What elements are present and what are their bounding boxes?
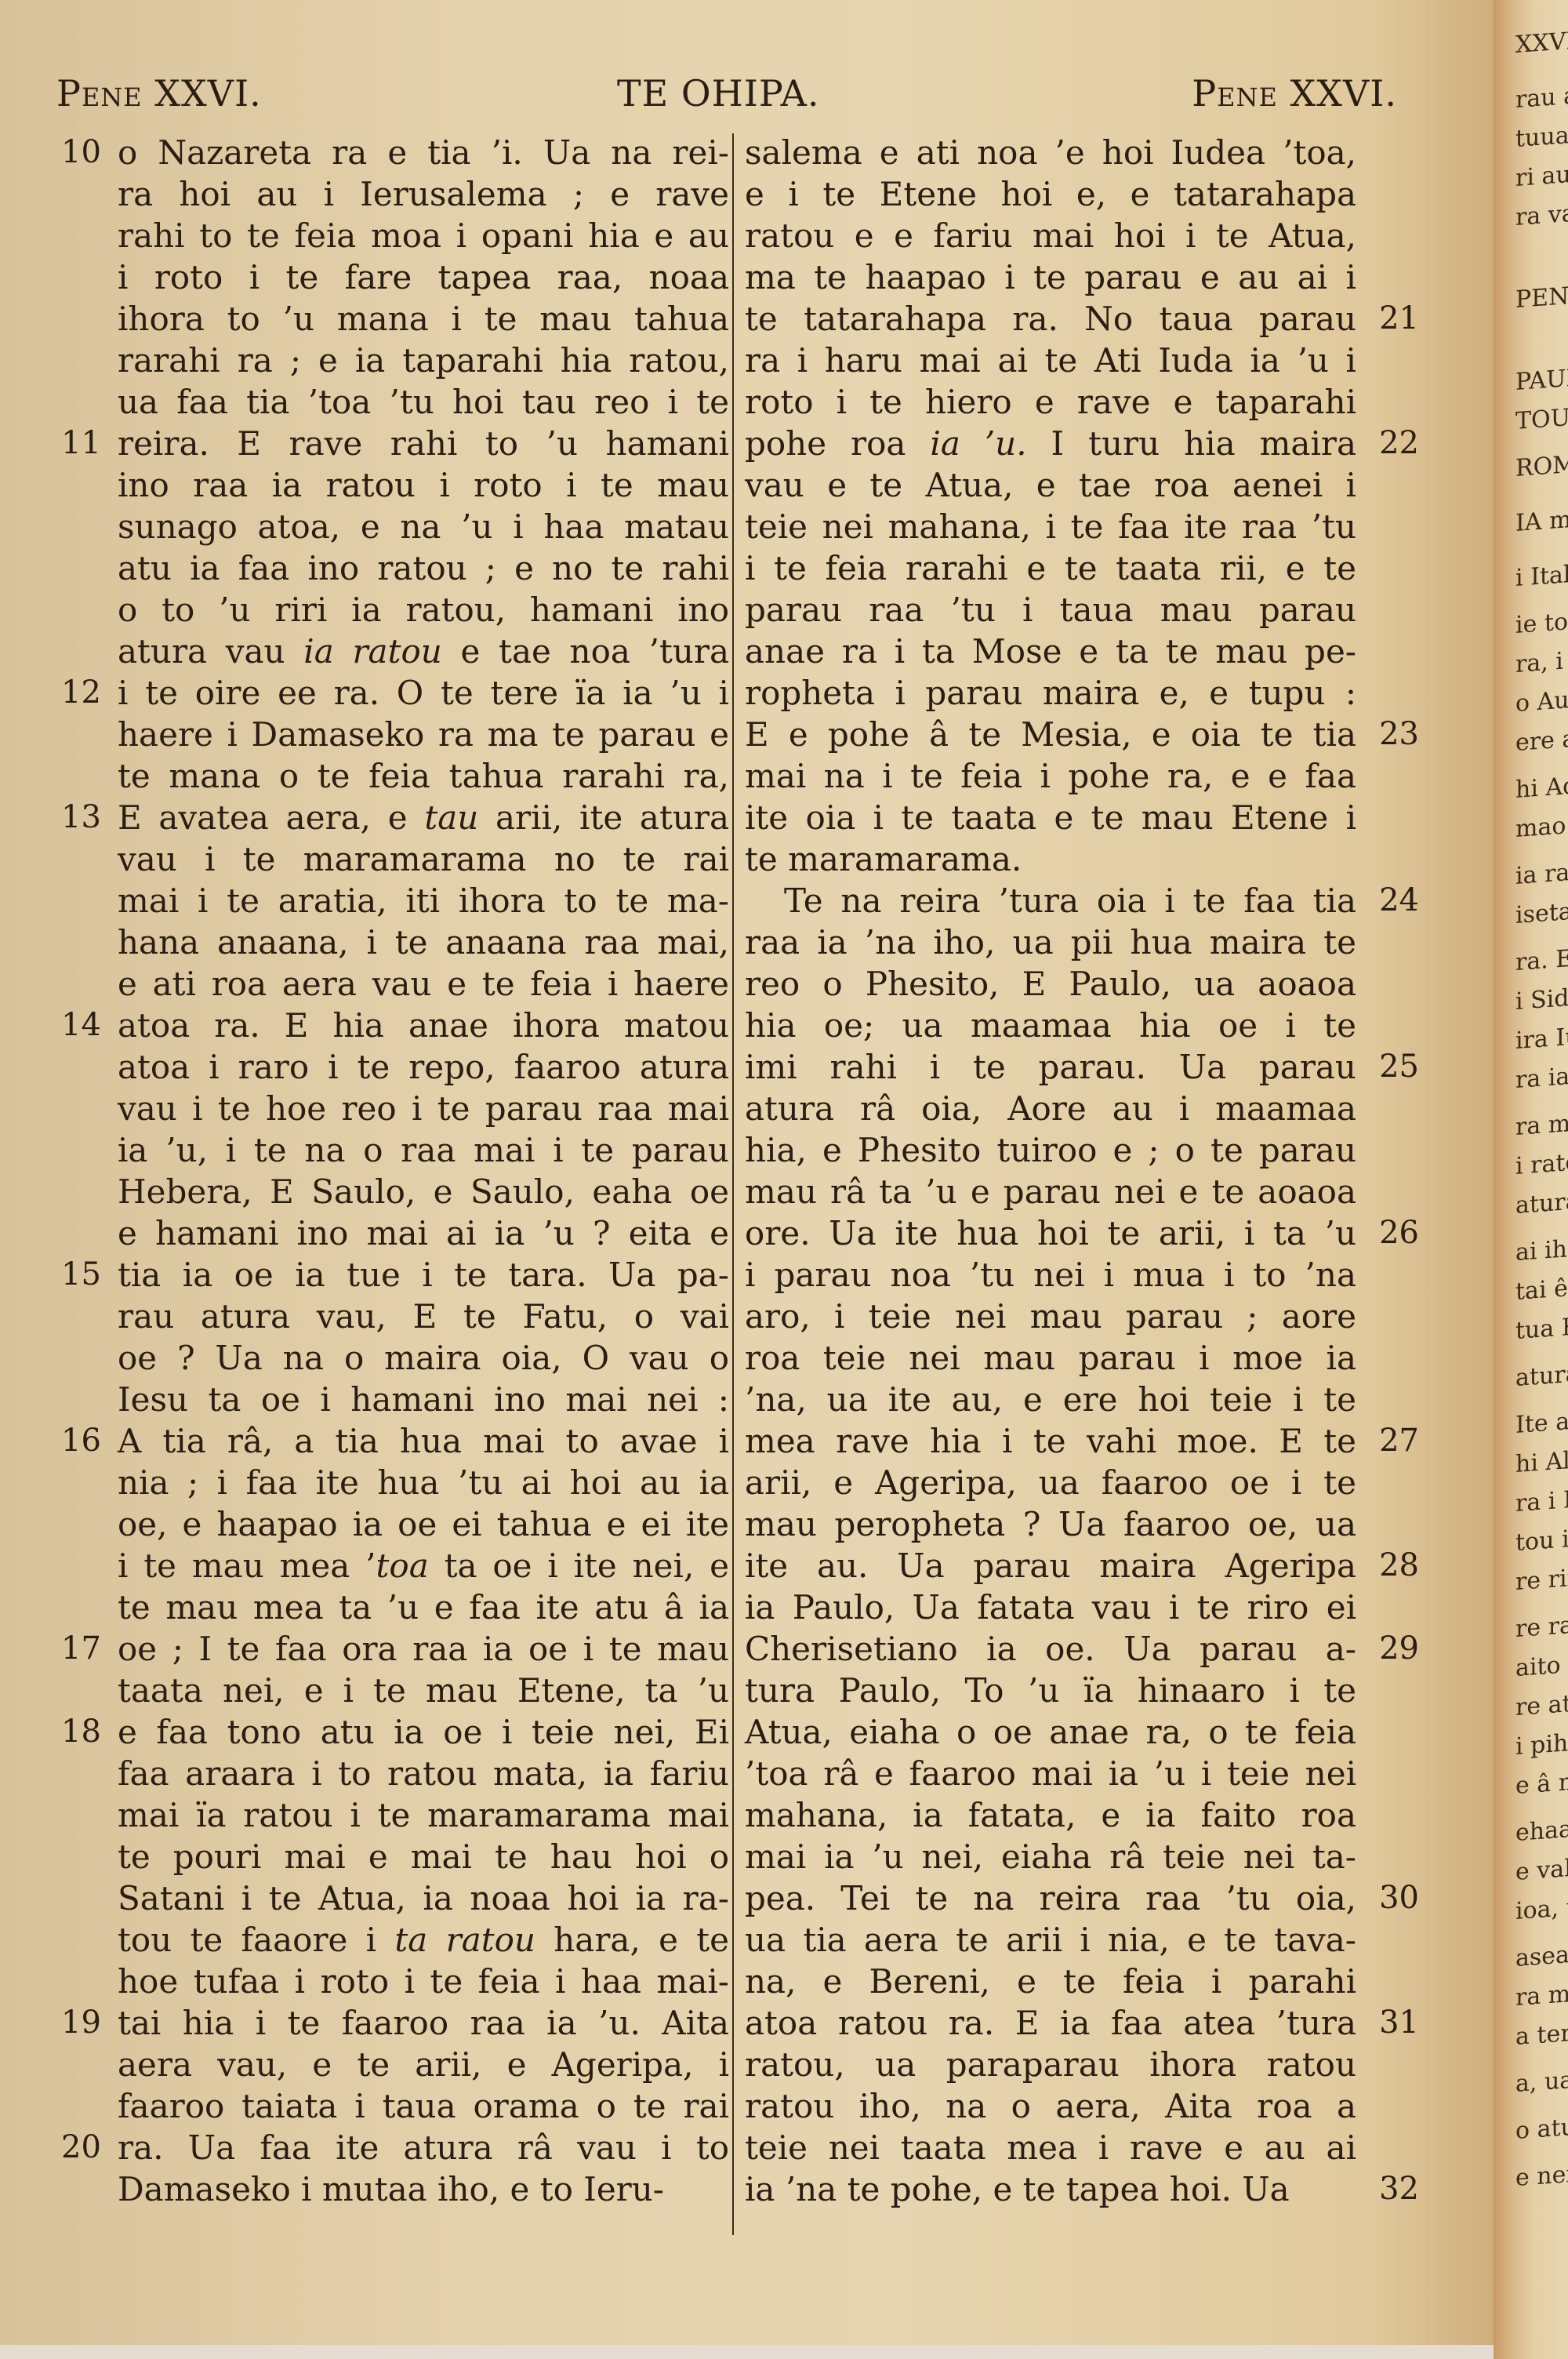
line-text: nia ; i faa ite hua ’tu ai hoi au ia xyxy=(118,1463,729,1502)
text-line: na, e Bereni, e te feia i parahi xyxy=(745,1961,1356,2002)
line-text-pre: E avatea aera, e xyxy=(118,798,424,837)
facing-page-text: hi Alesaned xyxy=(1515,1441,1568,1478)
line-text: ra. Ua faa ite atura râ vau i to xyxy=(118,2128,729,2167)
text-line: ia Paulo, Ua fatata vau i te riro ei xyxy=(745,1587,1356,1628)
text-line: nia ; i faa ite hua ’tu ai hoi au ia xyxy=(118,1462,729,1503)
line-text: rarahi ra ; e ia taparahi hia ratou, xyxy=(118,341,729,380)
line-text: vau i te maramarama no te rai xyxy=(118,840,729,878)
text-line: ra hoi au i Ierusalema ; e rave xyxy=(118,173,729,215)
facing-page-text: ai iho i K xyxy=(1515,1232,1568,1267)
facing-page-text: ri auaa oia xyxy=(1515,156,1568,192)
verse-number: 22 xyxy=(1379,423,1419,464)
facing-page-text: ehaa ra, ta xyxy=(1515,1811,1568,1847)
line-text: rahi to te feia moa i opani hia e au xyxy=(118,216,729,255)
text-line: mahana, ia fatata, e ia faito roa xyxy=(745,1794,1356,1836)
line-text: A tia râ, a tia hua mai to avae i xyxy=(118,1422,729,1460)
text-line: reo o Phesito, E Paulo, ua aoaoa xyxy=(745,963,1356,1005)
verse-number: 11 xyxy=(61,423,101,464)
text-line: mai ia ’u nei, eiaha râ teie nei ta- xyxy=(745,1836,1356,1877)
line-text-pre: atura vau xyxy=(118,632,303,671)
verse-number: 26 xyxy=(1379,1212,1419,1254)
facing-page-text: re atura ma xyxy=(1515,1684,1568,1721)
line-text: te mau mea ta ’u e faa ite atu â ia xyxy=(118,1588,729,1627)
text-line: rarahi ra ; e ia taparahi hia ratou, xyxy=(118,340,729,381)
facing-page-text: ira Iulio ia xyxy=(1515,1019,1568,1055)
line-text: mai ia ’u nei, eiaha râ teie nei ta- xyxy=(745,1837,1356,1876)
text-line: 32ia ’na te pohe, e te tapea hoi. Ua xyxy=(745,2168,1356,2210)
text-line: 29Cherisetiano ia oe. Ua parau a- xyxy=(745,1628,1356,1670)
line-text: oe ? Ua na o maira oia, O vau o xyxy=(118,1339,729,1377)
text-line: atoa i raro i te repo, faaroo atura xyxy=(118,1046,729,1088)
text-line: 12i te oire ee ra. O te tere ïa ia ’u i xyxy=(118,672,729,714)
line-text: imi rahi i te parau. Ua parau xyxy=(745,1048,1356,1086)
line-text: salema e ati noa ’e hoi Iudea ’toa, xyxy=(745,133,1356,172)
right-column: salema e ati noa ’e hoi Iudea ’toa,e i t… xyxy=(745,132,1356,2210)
facing-page-text: ioa, tei pi xyxy=(1515,1890,1568,1925)
facing-page-text: ra vau. xyxy=(1515,198,1568,231)
text-line: taata nei, e i te mau Etene, ta ’u xyxy=(118,1670,729,1711)
line-text: ratou iho, na o aera, Aita roa a xyxy=(745,2087,1356,2125)
line-text: ’na, ua ite au, e ere hoi teie i te xyxy=(745,1380,1356,1419)
text-line: atu ia faa ino ratou ; e no te rahi xyxy=(118,547,729,589)
verse-number: 12 xyxy=(61,672,101,714)
text-line: te maramarama. xyxy=(745,838,1356,880)
line-text: ino raa ia ratou i roto i te mau xyxy=(118,466,729,504)
facing-page-text: IA maite xyxy=(1515,503,1568,537)
verse-number: 30 xyxy=(1379,1877,1419,1919)
line-text: atura vau ia ratou e tae noa ’tura xyxy=(118,632,729,671)
line-text-pre: i te mau mea ’ xyxy=(118,1547,376,1585)
text-line: ra i haru mai ai te Ati Iuda ia ’u i xyxy=(745,340,1356,381)
line-text: hoe tufaa i roto i te feia i haa mai- xyxy=(118,1962,729,2001)
line-text: oe, e haapao ia oe ei tahua e ei ite xyxy=(118,1505,729,1543)
line-text: ua faa tia ’toa ’tu hoi tau reo i te xyxy=(118,383,729,421)
header-chapter-left: Pene XXVI. xyxy=(56,72,262,114)
facing-page-text: tai ê. Ua xyxy=(1515,1271,1568,1306)
facing-page-text: ra matou, xyxy=(1515,1976,1568,2012)
line-text: ia ’u, i te na o raa mai i te parau xyxy=(118,1131,729,1169)
line-text: mau râ ta ’u e parau nei e te aoaoa xyxy=(745,1172,1356,1211)
line-text-pre: tou te faaore i xyxy=(118,1921,394,1959)
text-line: te mana o te feia tahua rarahi ra, xyxy=(118,755,729,797)
facing-page-text: tua Kiliki xyxy=(1515,1310,1568,1345)
facing-page-edge: XXVI. Arau aturatuua noari auaa oiara va… xyxy=(1494,0,1568,2359)
line-text: anae ra i ta Mose e ta te mau pe- xyxy=(745,632,1356,671)
facing-page-text: isetareho i xyxy=(1515,893,1568,929)
line-text: ’toa râ e faaroo mai ia ’u i teie nei xyxy=(745,1754,1356,1793)
line-text: haere i Damaseko ra ma te parau e xyxy=(118,715,729,754)
text-line: ’na, ua ite au, e ere hoi teie i te xyxy=(745,1379,1356,1420)
facing-page-text: ia ra te faa xyxy=(1515,853,1568,890)
text-line: haere i Damaseko ra ma te parau e xyxy=(118,714,729,755)
text-line: ite oia i te taata e te mau Etene i xyxy=(745,797,1356,838)
line-text: i roto i te fare tapea raa, noaa xyxy=(118,258,729,296)
line-text: ihora to ’u mana i te mau tahua xyxy=(118,300,729,338)
text-line: 10o Nazareta ra e tia ’i. Ua na rei- xyxy=(118,132,729,173)
line-text: hana anaana, i te anaana raa mai, xyxy=(118,923,729,961)
text-line: 13E avatea aera, e tau arii, ite atura xyxy=(118,797,729,838)
facing-page-text: rau atura xyxy=(1515,78,1568,114)
text-line: mai ïa ratou i te maramarama mai xyxy=(118,1794,729,1836)
line-text: te pouri mai e mai te hau hoi o xyxy=(118,1837,729,1876)
line-text: oe ; I te faa ora raa ia oe i te mau xyxy=(118,1630,729,1668)
facing-page-text: ra, i te xyxy=(1515,645,1568,678)
text-line: aera vau, e te arii, e Ageripa, i xyxy=(118,2044,729,2085)
line-text: e faa tono atu ia oe i teie nei, Ei xyxy=(118,1713,729,1751)
line-text: i te oire ee ra. O te tere ïa ia ’u i xyxy=(118,674,729,712)
text-line: oe, e haapao ia oe ei tahua e ei ite xyxy=(118,1503,729,1545)
text-line: arii, e Ageripa, ua faaroo oe i te xyxy=(745,1462,1356,1503)
line-text: faaroo taiata i taua orama o te rai xyxy=(118,2087,729,2125)
verse-number: 15 xyxy=(61,1254,101,1296)
line-text: ia ’na te pohe, e te tapea hoi. Ua xyxy=(745,2170,1290,2208)
line-text: taata nei, e i te mau Etene, ta ’u xyxy=(118,1671,729,1710)
facing-page-text: atura mat xyxy=(1515,1357,1568,1392)
facing-page-text: i Sidona xyxy=(1515,981,1568,1016)
line-text: teie nei mahana, i te faa ite raa ’tu xyxy=(745,507,1356,546)
verse-number: 28 xyxy=(1379,1545,1419,1587)
line-text: atura râ oia, Aore au i maamaa xyxy=(745,1089,1356,1128)
text-line: vau i te hoe reo i te parau raa mai xyxy=(118,1088,729,1129)
line-text: mau peropheta ? Ua faaroo oe, ua xyxy=(745,1505,1356,1543)
line-text: hia, e Phesito tuiroo e ; o te parau xyxy=(745,1131,1356,1169)
line-text: e i te Etene hoi e, e tatarahapa xyxy=(745,175,1356,213)
text-line: e ati roa aera vau e te feia i haere xyxy=(118,963,729,1005)
facing-page-text: a, ua a ’o a xyxy=(1515,2061,1568,2098)
text-line: Iesu ta oe i hamani ino mai nei : xyxy=(118,1379,729,1420)
line-text: tura Paulo, To ’u ïa hinaaro i te xyxy=(745,1671,1356,1710)
line-text: ra i haru mai ai te Ati Iuda ia ’u i xyxy=(745,341,1356,380)
verse-number: 17 xyxy=(61,1628,101,1670)
facing-page-text: hi Aderami xyxy=(1515,767,1568,804)
verse-number: 31 xyxy=(1379,2002,1419,2044)
verse-number: 21 xyxy=(1379,298,1419,340)
line-text: atoa i raro i te repo, faaroo atura xyxy=(118,1048,729,1086)
text-line: atura râ oia, Aore au i maamaa xyxy=(745,1088,1356,1129)
facing-page-text: PEN xyxy=(1515,282,1568,314)
verse-number: 24 xyxy=(1379,880,1419,921)
text-line: i parau noa ’tu nei i mua i to ’na xyxy=(745,1254,1356,1296)
facing-page-text: e â mai m xyxy=(1515,1765,1568,1800)
line-text: hia oe; ua maamaa hia oe i te xyxy=(745,1006,1356,1045)
text-line: vau e te Atua, e tae roa aenei i xyxy=(745,464,1356,506)
line-text: raa ia ’na iho, ua pii hua maira te xyxy=(745,923,1356,961)
facing-page-text: tou i nia xyxy=(1515,1522,1568,1557)
facing-page-text: re rahi te n xyxy=(1515,1606,1568,1643)
verse-number: 23 xyxy=(1379,714,1419,755)
line-text: mea rave hia i te vahi moe. E te xyxy=(745,1422,1356,1460)
line-text: ma te haapao i te parau e au ai i xyxy=(745,258,1356,296)
line-text: teie nei taata mea i rave e au ai xyxy=(745,2128,1356,2167)
line-text: aera vau, e te arii, e Ageripa, i xyxy=(118,2045,729,2084)
line-text: roto i te hiero e rave e taparahi xyxy=(745,383,1356,421)
line-text: arii, e Ageripa, ua faaroo oe i te xyxy=(745,1463,1356,1502)
facing-page-text: o atura, F xyxy=(1515,2110,1568,2145)
book-page: Pene XXVI. TE OHIPA. Pene XXVI. 10o Naza… xyxy=(0,0,1494,2347)
header-chapter-right: Pene XXVI. xyxy=(1192,72,1397,114)
text-line: te mau mea ta ’u e faa ite atu â ia xyxy=(118,1587,729,1628)
line-text: ite oia i te taata e te mau Etene i xyxy=(745,798,1356,837)
text-line: ratou iho, na o aera, Aita roa a xyxy=(745,2085,1356,2127)
text-line: 24Te na reira ’tura oia i te faa tia xyxy=(745,880,1356,921)
verse-number: 14 xyxy=(61,1005,101,1046)
facing-page-text: asea. E no xyxy=(1515,1936,1568,1972)
text-line: rahi to te feia moa i opani hia e au xyxy=(118,215,729,256)
left-column: 10o Nazareta ra e tia ’i. Ua na rei-ra h… xyxy=(118,132,729,2210)
text-line: 25imi rahi i te parau. Ua parau xyxy=(745,1046,1356,1088)
text-line: ua faa tia ’toa ’tu hoi tau reo i te xyxy=(118,381,729,423)
text-line: ma te haapao i te parau e au ai i xyxy=(745,256,1356,298)
line-text: aro, i teie nei mau parau ; aore xyxy=(745,1297,1356,1336)
text-line: tura Paulo, To ’u ïa hinaaro i te xyxy=(745,1670,1356,1711)
text-line: sunago atoa, e na ’u i haa matau xyxy=(118,506,729,547)
text-line: ’toa râ e faaroo mai ia ’u i teie nei xyxy=(745,1753,1356,1794)
line-text: mahana, ia fatata, e ia faito roa xyxy=(745,1796,1356,1834)
line-text: te mana o te feia tahua rarahi ra, xyxy=(118,757,729,795)
text-line: 28ite au. Ua parau maira Ageripa xyxy=(745,1545,1356,1587)
text-line: rau atura vau, E te Fatu, o vai xyxy=(118,1296,729,1337)
line-text: pea. Tei te na reira raa ’tu oia, xyxy=(745,1879,1356,1917)
line-text: Atua, eiaha o oe anae ra, o te feia xyxy=(745,1713,1356,1751)
header-book-title: TE OHIPA. xyxy=(617,72,819,114)
text-line: e hamani ino mai ai ia ’u ? eita e xyxy=(118,1212,729,1254)
facing-page-text: i Itali, ua xyxy=(1515,557,1568,592)
line-text-pre: pohe roa xyxy=(745,424,930,463)
text-line: hia oe; ua maamaa hia oe i te xyxy=(745,1005,1356,1046)
text-line: roa teie nei mau parau i moe ia xyxy=(745,1337,1356,1379)
line-text: faa araara i to ratou mata, ia fariu xyxy=(118,1754,729,1793)
line-text-italic: ta ratou xyxy=(394,1921,535,1959)
facing-page-text: ra ia ’na ia xyxy=(1515,1058,1568,1094)
line-text: ratou e e fariu mai hoi i te Atua, xyxy=(745,216,1356,255)
text-line: te pouri mai e mai te hau hoi o xyxy=(118,1836,729,1877)
line-text-italic: ia ’u. xyxy=(930,424,1026,463)
text-line: vau i te maramarama no te rai xyxy=(118,838,729,880)
line-text: mai ïa ratou i te maramarama mai xyxy=(118,1796,729,1834)
text-line: 16A tia râ, a tia hua mai to avae i xyxy=(118,1420,729,1462)
line-text: o to ’u riri ia ratou, hamani ino xyxy=(118,591,729,629)
text-line: 15tia ia oe ia tue i te tara. Ua pa- xyxy=(118,1254,729,1296)
text-line: anae ra i ta Mose e ta te mau pe- xyxy=(745,631,1356,672)
line-text: tia ia oe ia tue i te tara. Ua pa- xyxy=(118,1256,729,1294)
line-text-italic: tau xyxy=(424,798,478,837)
text-line: 20ra. Ua faa ite atura râ vau i to xyxy=(118,2127,729,2168)
line-text: i parau noa ’tu nei i mua i to ’na xyxy=(745,1256,1356,1294)
text-line: teie nei taata mea i rave e au ai xyxy=(745,2127,1356,2168)
text-line: atura vau ia ratou e tae noa ’tura xyxy=(118,631,729,672)
line-text: te maramarama. xyxy=(745,840,1022,878)
facing-page-text: ra. E ao xyxy=(1515,943,1568,976)
line-text: parau raa ’tu i taua mau parau xyxy=(745,591,1356,629)
line-text: e ati roa aera vau e te feia i haere xyxy=(118,965,729,1003)
text-line: mai na i te feia i pohe ra, e e faa xyxy=(745,755,1356,797)
text-line: ia ’u, i te na o raa mai i te parau xyxy=(118,1129,729,1171)
text-line: roto i te hiero e rave e taparahi xyxy=(745,381,1356,423)
facing-page-text: aito rea i K xyxy=(1515,1645,1568,1682)
text-line: 22pohe roa ia ’u. I turu hia maira xyxy=(745,423,1356,464)
line-text: E e pohe â te Mesia, e oia te tia xyxy=(745,715,1356,754)
text-line: ratou, ua paraparau ihora ratou xyxy=(745,2044,1356,2085)
text-line: aro, i teie nei mau parau ; aore xyxy=(745,1296,1356,1337)
text-line: i te mau mea ’toa ta oe i ite nei, e xyxy=(118,1545,729,1587)
text-line: e i te Etene hoi e, e tatarahapa xyxy=(745,173,1356,215)
text-line: o to ’u riri ia ratou, hamani ino xyxy=(118,589,729,631)
text-line: faaroo taiata i taua orama o te rai xyxy=(118,2085,729,2127)
line-text: tai hia i te faaroo raa ia ’u. Aita xyxy=(118,2004,729,2042)
line-text-italic: toa xyxy=(376,1547,429,1585)
text-line: i te feia rarahi e te taata rii, e te xyxy=(745,547,1356,589)
text-line: 19tai hia i te faaroo raa ia ’u. Aita xyxy=(118,2002,729,2044)
verse-number: 13 xyxy=(61,797,101,838)
facing-page-text: i pihai ih xyxy=(1515,1726,1568,1761)
text-line: mau râ ta ’u e parau nei e te aoaoa xyxy=(745,1171,1356,1212)
text-line: ino raa ia ratou i roto i te mau xyxy=(118,464,729,506)
facing-page-text: i ratou ia ’ xyxy=(1515,1144,1568,1180)
line-text: o Nazareta ra e tia ’i. Ua na rei- xyxy=(118,133,729,172)
verse-number: 18 xyxy=(61,1711,101,1753)
line-text-italic: ia ratou xyxy=(303,632,442,671)
facing-page-text: e vahi, O t xyxy=(1515,1850,1568,1886)
page-underside xyxy=(0,2345,1494,2359)
facing-page-text: tuua noa xyxy=(1515,118,1568,153)
verse-number: 16 xyxy=(61,1420,101,1462)
facing-page-text: o Aug xyxy=(1515,685,1568,718)
facing-page-text: XXVI. A xyxy=(1515,25,1568,59)
line-text: mai i te aratia, iti ihora to te ma- xyxy=(118,881,729,920)
text-line: 30pea. Tei te na reira raa ’tu oia, xyxy=(745,1877,1356,1919)
line-text: te tatarahapa ra. No taua parau xyxy=(745,300,1356,338)
verse-number: 10 xyxy=(61,132,101,173)
line-text: i te mau mea ’toa ta oe i ite nei, e xyxy=(118,1547,729,1585)
text-line: teie nei mahana, i te faa ite raa ’tu xyxy=(745,506,1356,547)
facing-page-text: ROMA RA. xyxy=(1515,446,1568,482)
line-text: ropheta i parau maira e, e tupu : xyxy=(745,674,1356,712)
text-line: parau raa ’tu i taua mau parau xyxy=(745,589,1356,631)
text-line: 14atoa ra. E hia anae ihora matou xyxy=(118,1005,729,1046)
verse-number: 19 xyxy=(61,2002,101,2044)
line-text: mai na i te feia i pohe ra, e e faa xyxy=(745,757,1356,795)
text-line: oe ? Ua na o maira oia, O vau o xyxy=(118,1337,729,1379)
header-right-prefix: Pene xyxy=(1192,72,1278,114)
facing-page-text: PAULO FA xyxy=(1515,360,1568,396)
running-head: Pene XXVI. TE OHIPA. Pene XXVI. xyxy=(56,72,1397,119)
line-text: reira. E rave rahi to ’u hamani xyxy=(118,424,729,463)
facing-page-text: re rii mait xyxy=(1515,1560,1568,1596)
text-line: Satani i te Atua, ia noaa hoi ia ra- xyxy=(118,1877,729,1919)
text-line: salema e ati noa ’e hoi Iudea ’toa, xyxy=(745,132,1356,173)
text-line: Damaseko i mutaa iho, e to Ieru- xyxy=(118,2168,729,2210)
facing-page-text: ie toofanu xyxy=(1515,603,1568,639)
line-text: atoa ra. E hia anae ihora matou xyxy=(118,1006,729,1045)
text-line: faa araara i to ratou mata, ia fariu xyxy=(118,1753,729,1794)
facing-page-text: a tere, ua ot xyxy=(1515,2013,1568,2051)
line-text: reo o Phesito, E Paulo, ua aoaoa xyxy=(745,965,1356,1003)
line-text: ua tia aera te arii i nia, e te tava- xyxy=(745,1921,1356,1959)
facing-page-text: Ite atura xyxy=(1515,1405,1568,1439)
line-text: vau e te Atua, e tae roa aenei i xyxy=(745,466,1356,504)
line-text: e hamani ino mai ai ia ’u ? eita e xyxy=(118,1214,729,1252)
column-divider xyxy=(732,133,734,2235)
line-text: tou te faaore i ta ratou hara, e te xyxy=(118,1921,729,1959)
text-line: hoe tufaa i roto i te feia i haa mai- xyxy=(118,1961,729,2002)
header-left-numeral: XXVI. xyxy=(154,72,262,114)
verse-number: 32 xyxy=(1379,2168,1419,2210)
facing-page-text: atura m xyxy=(1515,1186,1568,1219)
line-text-post: ta oe i ite nei, e xyxy=(429,1547,729,1585)
line-text: ratou, ua paraparau ihora ratou xyxy=(745,2045,1356,2084)
text-line: mau peropheta ? Ua faaroo oe, ua xyxy=(745,1503,1356,1545)
text-line: ratou e e fariu mai hoi i te Atua, xyxy=(745,215,1356,256)
line-text: Hebera, E Saulo, e Saulo, eaha oe xyxy=(118,1172,729,1211)
line-text: Iesu ta oe i hamani ino mai nei : xyxy=(118,1380,729,1419)
verse-number: 27 xyxy=(1379,1420,1419,1462)
text-line: hia, e Phesito tuiroo e ; o te parau xyxy=(745,1129,1356,1171)
line-text-post: arii, ite atura xyxy=(478,798,729,837)
text-line: 17oe ; I te faa ora raa ia oe i te mau xyxy=(118,1628,729,1670)
line-text: na, e Bereni, e te feia i parahi xyxy=(745,1962,1356,2001)
line-text: Cherisetiano ia oe. Ua parau a- xyxy=(745,1630,1356,1668)
verse-number: 25 xyxy=(1379,1046,1419,1088)
text-line: i roto i te fare tapea raa, noaa xyxy=(118,256,729,298)
line-text: atu ia faa ino ratou ; e no te rahi xyxy=(118,549,729,587)
text-line: 27mea rave hia i te vahi moe. E te xyxy=(745,1420,1356,1462)
text-line: hana anaana, i te anaana raa mai, xyxy=(118,921,729,963)
line-text-post: I turu hia maira xyxy=(1027,424,1356,463)
line-text: roa teie nei mau parau i moe ia xyxy=(745,1339,1356,1377)
verse-number: 20 xyxy=(61,2127,101,2168)
text-line: Atua, eiaha o oe anae ra, o te feia xyxy=(745,1711,1356,1753)
facing-page-text: e nei tere, xyxy=(1515,2156,1568,2192)
line-text: ra hoi au i Ierusalema ; e rave xyxy=(118,175,729,213)
line-text: ite au. Ua parau maira Ageripa xyxy=(745,1547,1356,1585)
text-line: 11reira. E rave rahi to ’u hamani xyxy=(118,423,729,464)
facing-page-text: ra mau t xyxy=(1515,1107,1568,1141)
line-text: vau i te hoe reo i te parau raa mai xyxy=(118,1089,729,1128)
line-text: pohe roa ia ’u. I turu hia maira xyxy=(745,424,1356,463)
text-line: mai i te aratia, iti ihora to te ma- xyxy=(118,880,729,921)
line-text-post: e tae noa ’tura xyxy=(442,632,729,671)
facing-page-text: mao matou xyxy=(1515,806,1568,843)
line-text: ia Paulo, Ua fatata vau i te riro ei xyxy=(745,1588,1356,1627)
header-right-numeral: XXVI. xyxy=(1290,72,1397,114)
line-text: rau atura vau, E te Fatu, o vai xyxy=(118,1297,729,1336)
facing-page-text: ere atura xyxy=(1515,722,1568,757)
line-text-post: hara, e te xyxy=(535,1921,729,1959)
text-line: 18e faa tono atu ia oe i teie nei, Ei xyxy=(118,1711,729,1753)
text-line: ua tia aera te arii i nia, e te tava- xyxy=(745,1919,1356,1961)
text-line: 21te tatarahapa ra. No taua parau xyxy=(745,298,1356,340)
line-text: Damaseko i mutaa iho, e to Ieru- xyxy=(118,2170,664,2208)
text-line: tou te faaore i ta ratou hara, e te xyxy=(118,1919,729,1961)
line-text: E avatea aera, e tau arii, ite atura xyxy=(118,798,729,837)
verse-number: 29 xyxy=(1379,1628,1419,1670)
text-line: raa ia ’na iho, ua pii hua maira te xyxy=(745,921,1356,963)
text-line: 23E e pohe â te Mesia, e oia te tia xyxy=(745,714,1356,755)
line-text: Satani i te Atua, ia noaa hoi ia ra- xyxy=(118,1879,729,1917)
text-line: ihora to ’u mana i te mau tahua xyxy=(118,298,729,340)
text-line: 26ore. Ua ite hua hoi te arii, i ta ’u xyxy=(745,1212,1356,1254)
line-text: i te feia rarahi e te taata rii, e te xyxy=(745,549,1356,587)
line-text: atoa ratou ra. E ia faa atea ’tura xyxy=(745,2004,1356,2042)
text-line: Hebera, E Saulo, e Saulo, eaha oe xyxy=(118,1171,729,1212)
facing-page-text: TOU POHE, xyxy=(1515,398,1568,435)
line-text: Te na reira ’tura oia i te faa tia xyxy=(784,881,1356,920)
header-left-prefix: Pene xyxy=(56,72,143,114)
line-text: sunago atoa, e na ’u i haa matau xyxy=(118,507,729,546)
line-text: ore. Ua ite hua hoi te arii, i ta ’u xyxy=(745,1214,1356,1252)
facing-page-text: ra i Itali, xyxy=(1515,1483,1568,1518)
text-line: 31atoa ratou ra. E ia faa atea ’tura xyxy=(745,2002,1356,2044)
